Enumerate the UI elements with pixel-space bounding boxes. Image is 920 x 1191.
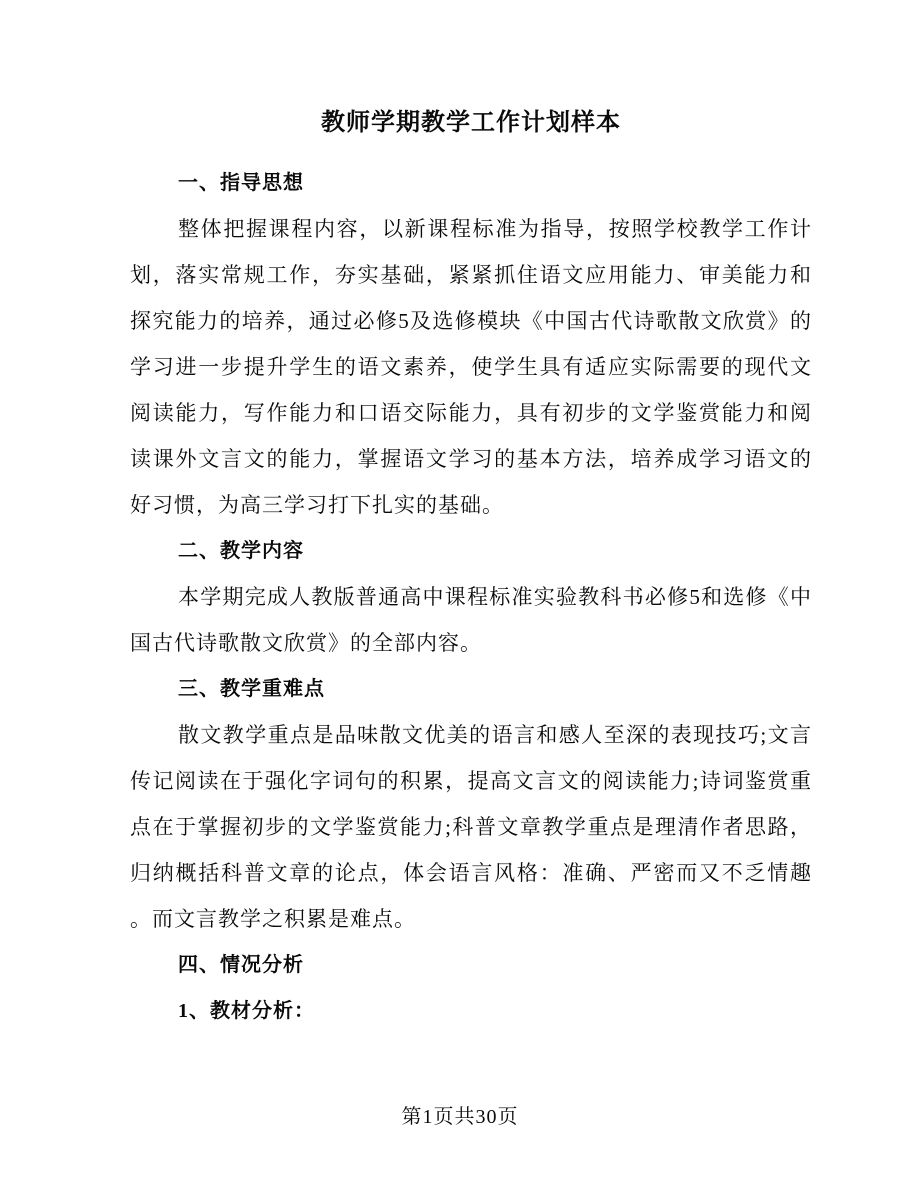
document-page: 教师学期教学工作计划样本 一、指导思想 整体把握课程内容，以新课程标准为指导，按… <box>0 0 920 1191</box>
paragraph-line: 归纳概括科普文章的论点，体会语言风格：准确、严密而又不乏情趣 <box>130 850 812 896</box>
section-paragraph-2: 本学期完成人教版普通高中课程标准实验教科书必修5和选修《中 国古代诗歌散文欣赏》… <box>130 574 812 666</box>
paragraph-line: 整体把握课程内容，以新课程标准为指导，按照学校教学工作计 <box>130 206 812 252</box>
section-heading-1: 一、指导思想 <box>130 160 812 206</box>
paragraph-line: 阅读能力，写作能力和口语交际能力，具有初步的文学鉴赏能力和阅 <box>130 390 812 436</box>
document-title: 教师学期教学工作计划样本 <box>130 100 812 146</box>
document-body: 教师学期教学工作计划样本 一、指导思想 整体把握课程内容，以新课程标准为指导，按… <box>130 100 812 1034</box>
paragraph-line: 探究能力的培养，通过必修5及选修模块《中国古代诗歌散文欣赏》的 <box>130 298 812 344</box>
paragraph-line: 本学期完成人教版普通高中课程标准实验教科书必修5和选修《中 <box>130 574 812 620</box>
paragraph-line: 点在于掌握初步的文学鉴赏能力;科普文章教学重点是理清作者思路， <box>130 804 812 850</box>
section-heading-3: 三、教学重难点 <box>130 666 812 712</box>
paragraph-line: 学习进一步提升学生的语文素养，使学生具有适应实际需要的现代文 <box>130 344 812 390</box>
paragraph-line: 传记阅读在于强化字词句的积累，提高文言文的阅读能力;诗词鉴赏重 <box>130 758 812 804</box>
paragraph-line: 划，落实常规工作，夯实基础，紧紧抓住语文应用能力、审美能力和 <box>130 252 812 298</box>
paragraph-line: 国古代诗歌散文欣赏》的全部内容。 <box>130 620 812 666</box>
section-paragraph-1: 整体把握课程内容，以新课程标准为指导，按照学校教学工作计 划，落实常规工作，夯实… <box>130 206 812 528</box>
paragraph-line: 散文教学重点是品味散文优美的语言和感人至深的表现技巧;文言 <box>130 712 812 758</box>
section-heading-2: 二、教学内容 <box>130 528 812 574</box>
section-paragraph-3: 散文教学重点是品味散文优美的语言和感人至深的表现技巧;文言 传记阅读在于强化字词… <box>130 712 812 942</box>
paragraph-line: 。而文言教学之积累是难点。 <box>130 896 812 942</box>
section-heading-5: 1、教材分析： <box>130 988 812 1034</box>
paragraph-line: 读课外文言文的能力，掌握语文学习的基本方法，培养成学习语文的 <box>130 436 812 482</box>
section-heading-4: 四、情况分析 <box>130 942 812 988</box>
page-footer: 第1页共30页 <box>0 1102 920 1132</box>
paragraph-line: 好习惯，为高三学习打下扎实的基础。 <box>130 482 812 528</box>
